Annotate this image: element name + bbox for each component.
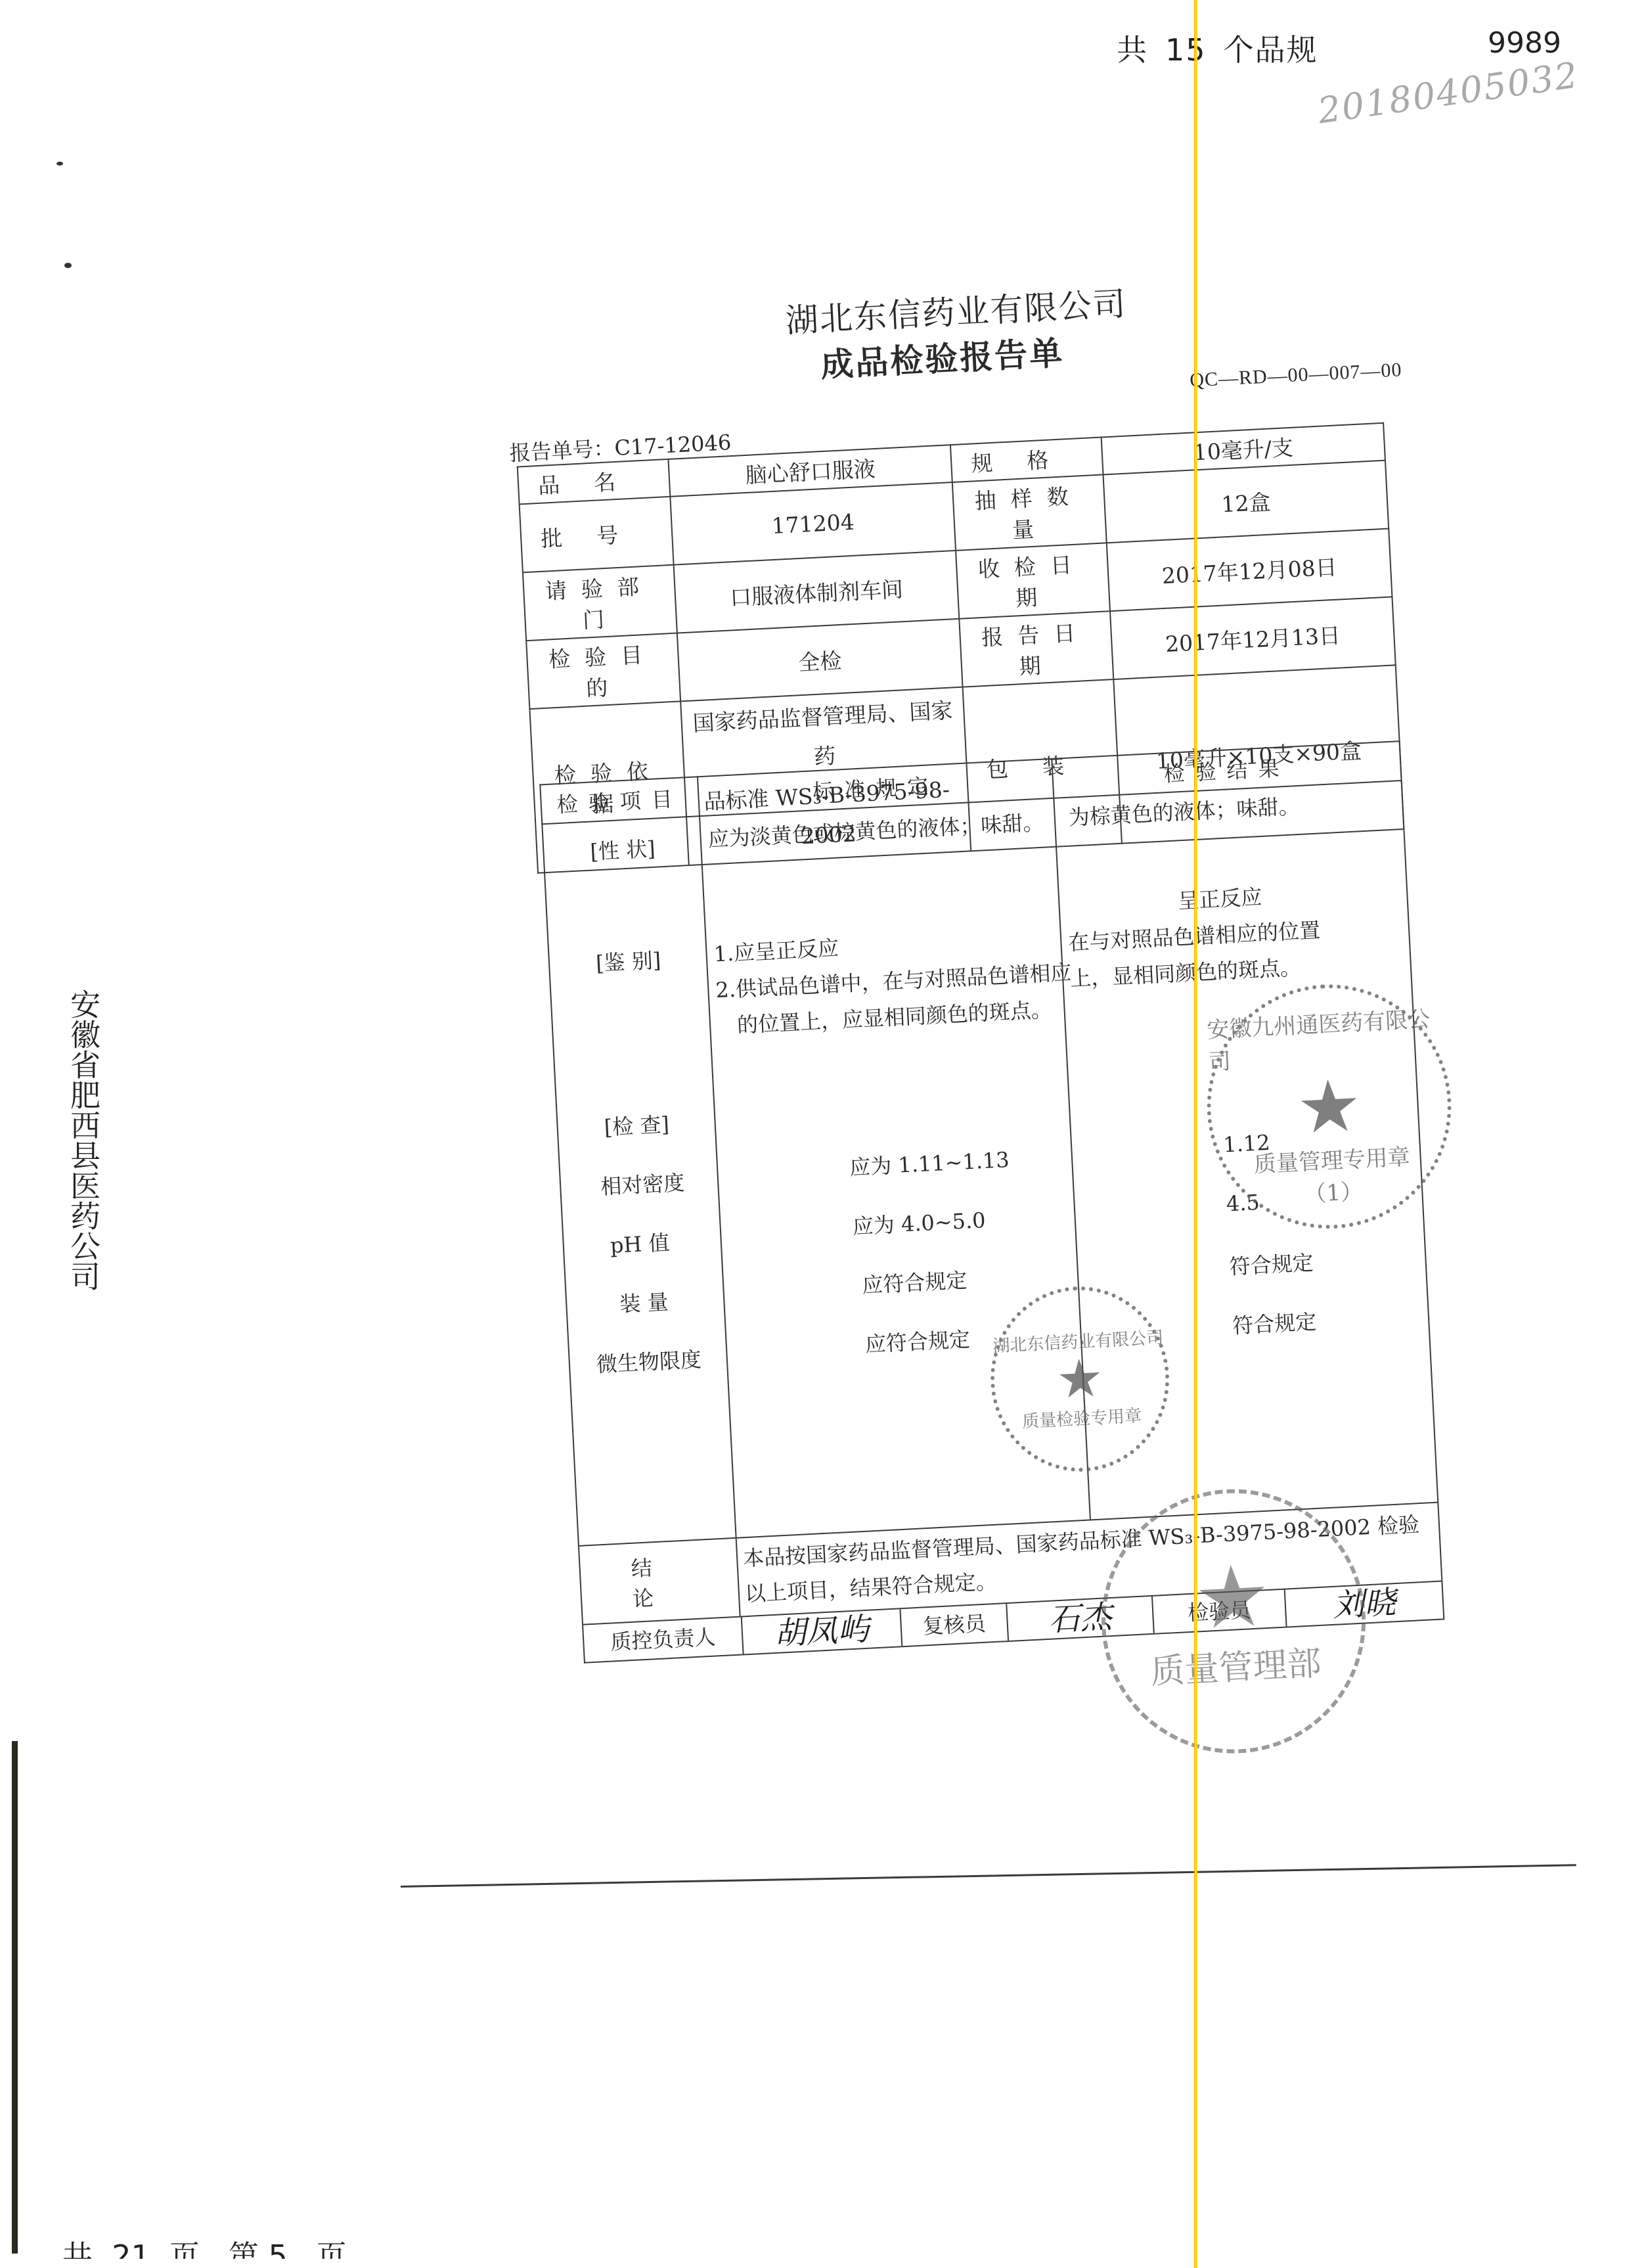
stamp-inner-text: 质量管理专用章	[1253, 1139, 1411, 1179]
std-microbial: 应符合规定	[864, 1323, 971, 1358]
label-reviewer: 复核员	[901, 1604, 1009, 1646]
label-sample-qty: 抽样数量	[952, 474, 1107, 551]
std-identification-1: 1.应呈正反应	[713, 932, 839, 968]
label-department: 请验部门	[523, 565, 677, 641]
std-appearance: 应为淡黄色或棕黄色的液体；味甜。	[707, 806, 1045, 853]
item-density: 相对密度	[600, 1166, 685, 1200]
std-density: 应为 1.11~1.13	[849, 1143, 1010, 1181]
label-conclusion: 结 论	[579, 1538, 740, 1625]
label-receive-date: 收检日期	[956, 543, 1110, 619]
scan-line-artifact	[1194, 0, 1197, 2268]
side-company-text: 安徽省肥西县医药公司	[59, 989, 99, 1291]
star-icon: ★	[1192, 1552, 1273, 1641]
item-volume: 装 量	[619, 1286, 669, 1319]
res-appearance: 为棕黄色的液体；味甜。	[1068, 790, 1301, 832]
product-count: 共15个品规	[1117, 26, 1335, 70]
item-appearance: [性 状]	[589, 832, 656, 866]
star-icon: ★	[1055, 1351, 1105, 1407]
page-footer: 共 21 页 第 5 页	[62, 2233, 347, 2259]
std-volume: 应符合规定	[861, 1264, 968, 1300]
left-edge-bar	[12, 1741, 18, 2254]
signature-qc-manager: 胡凤屿	[742, 1609, 903, 1654]
res-identification-1: 呈正反应	[1177, 880, 1262, 915]
res-microbial: 符合规定	[1232, 1305, 1317, 1340]
star-icon: ★	[1295, 1069, 1364, 1145]
label-purpose: 检验目的	[526, 633, 680, 710]
item-ph: pH 值	[610, 1226, 671, 1259]
count-suffix: 个品规	[1224, 32, 1318, 68]
handwritten-number: 20180405032	[1316, 54, 1582, 131]
item-microbial: 微生物限度	[596, 1343, 702, 1378]
label-qc-manager: 质控负责人	[583, 1617, 744, 1662]
std-ph: 应为 4.0~5.0	[852, 1204, 987, 1240]
divider-line	[401, 1864, 1576, 1888]
count-value: 15	[1165, 32, 1207, 68]
res-volume: 符合规定	[1228, 1246, 1314, 1281]
label-report-date: 报告日期	[959, 611, 1113, 687]
scan-speck	[64, 263, 72, 268]
stamp-number: （1）	[1303, 1173, 1364, 1208]
item-check: [检 查]	[604, 1108, 670, 1141]
res-identification-3: 上，显相同颜色的斑点。	[1069, 951, 1302, 993]
label-batch: 批号	[520, 497, 674, 573]
item-identification: [鉴 别]	[595, 943, 661, 977]
count-prefix: 共	[1117, 32, 1148, 68]
form-code: QC—RD—00—007—00	[1190, 359, 1403, 392]
inspection-report: 湖北东信药业有限公司 成品检验报告单 QC—RD—00—007—00 报告单号：…	[501, 243, 1492, 1720]
header-code: 9989	[1488, 26, 1561, 60]
stamp-inner-text: 质量检验专用章	[1021, 1402, 1142, 1432]
scan-speck	[56, 162, 63, 166]
stamp-inner-text: 质量管理部	[1149, 1635, 1322, 1693]
